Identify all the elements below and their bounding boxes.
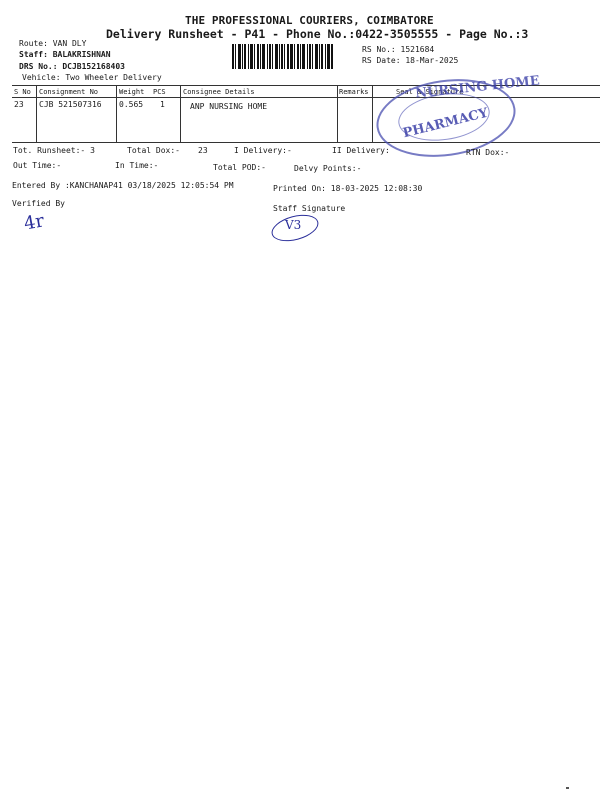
in-time: In Time:- bbox=[115, 161, 158, 170]
vehicle-label: Vehicle: Two Wheeler Delivery bbox=[22, 73, 162, 82]
cell-consignment-no: CJB 521507316 bbox=[39, 100, 102, 109]
total-dox-value: 23 bbox=[198, 146, 208, 155]
staff-signature-label: Staff Signature bbox=[273, 204, 345, 213]
company-title: THE PROFESSIONAL COURIERS, COIMBATORE bbox=[185, 14, 434, 27]
i-delivery: I Delivery:- bbox=[234, 146, 292, 155]
drs-number: DRS No.: DCJB152168403 bbox=[19, 62, 125, 71]
col-header-pcs: PCS bbox=[153, 88, 166, 96]
out-time: Out Time:- bbox=[13, 161, 61, 170]
scan-speck bbox=[566, 787, 569, 789]
col-header-consignment: Consignment No bbox=[39, 88, 98, 96]
cell-consignee: ANP NURSING HOME bbox=[190, 102, 267, 111]
col-header-weight: Weight bbox=[119, 88, 144, 96]
cell-weight: 0.565 bbox=[119, 100, 143, 109]
rs-number: RS No.: 1521684 bbox=[362, 45, 434, 54]
barcode-icon bbox=[232, 44, 347, 69]
total-dox-label: Total Dox:- bbox=[127, 146, 180, 155]
delvy-points: Delvy Points:- bbox=[294, 164, 361, 173]
col-header-remarks: Remarks bbox=[339, 88, 369, 96]
col-header-sno: S No bbox=[14, 88, 31, 96]
runsheet-subtitle: Delivery Runsheet - P41 - Phone No.:0422… bbox=[106, 27, 528, 41]
rs-date: RS Date: 18-Mar-2025 bbox=[362, 56, 458, 65]
cell-sno: 23 bbox=[14, 100, 24, 109]
printed-on: Printed On: 18-03-2025 12:08:30 bbox=[273, 184, 422, 193]
verified-signature: 4r bbox=[22, 210, 45, 234]
entered-by: Entered By :KANCHANAP41 03/18/2025 12:05… bbox=[12, 181, 234, 190]
ii-delivery: II Delivery: bbox=[332, 146, 390, 155]
verified-by-label: Verified By bbox=[12, 199, 65, 208]
staff-label: Staff: BALAKRISHNAN bbox=[19, 50, 111, 59]
tot-runsheet: Tot. Runsheet:- 3 bbox=[13, 146, 95, 155]
route-label: Route: VAN DLY bbox=[19, 39, 86, 48]
rtn-dox: RTN Dox:- bbox=[466, 148, 509, 157]
cell-pcs: 1 bbox=[160, 100, 165, 109]
col-header-consignee: Consignee Details bbox=[183, 88, 255, 96]
total-pod: Total POD:- bbox=[213, 163, 266, 172]
staff-signature: V3 bbox=[285, 218, 301, 232]
